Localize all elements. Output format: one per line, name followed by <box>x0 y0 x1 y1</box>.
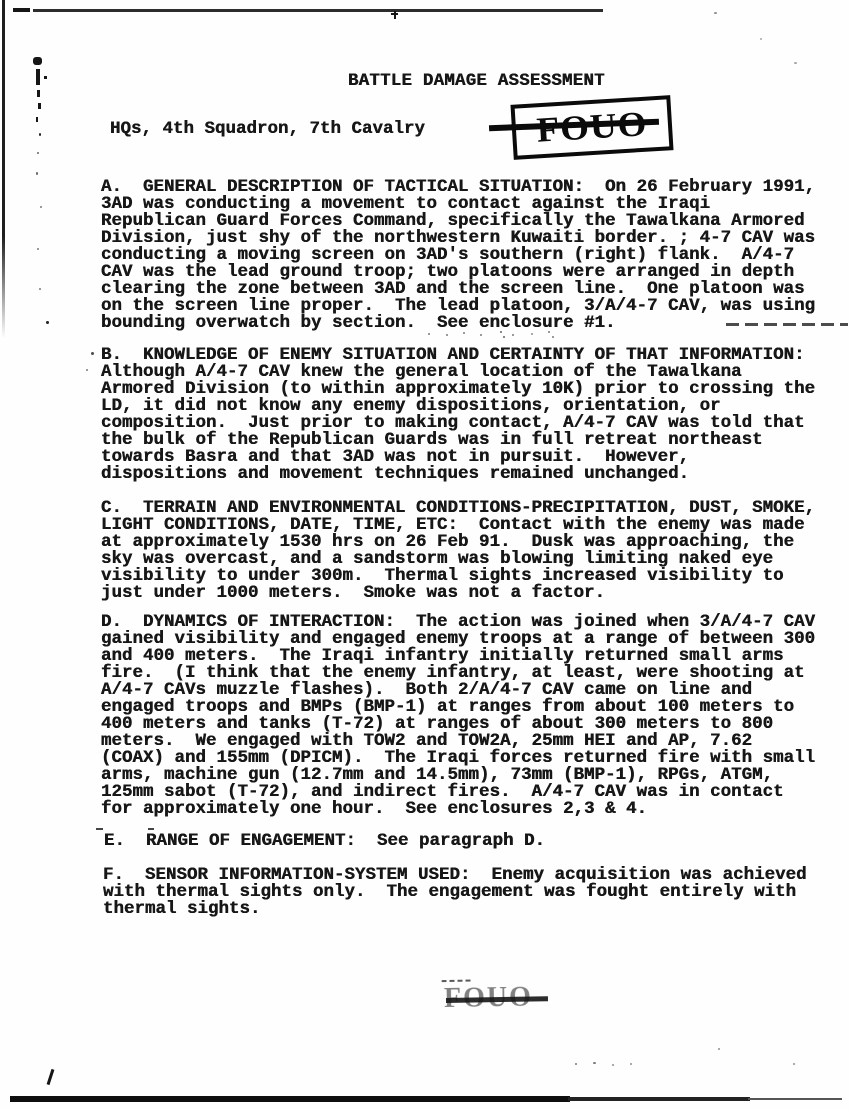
scan-speck <box>718 1048 720 1050</box>
scan-speck <box>39 133 41 136</box>
scan-speck <box>548 331 550 333</box>
fouo-footer-stamp: FOUO <box>444 981 565 1019</box>
scan-artifact-backslash <box>47 1069 55 1085</box>
scan-speck <box>446 334 448 336</box>
scan-speck <box>794 62 797 64</box>
scan-speck <box>760 38 762 40</box>
scan-artifact-tick-bar <box>391 13 398 15</box>
scan-speck <box>531 333 533 335</box>
scan-speck <box>40 206 42 208</box>
scan-speck <box>91 352 94 355</box>
scan-artifact-top-dash <box>13 8 30 12</box>
scan-speck <box>36 172 38 175</box>
paragraph-e-range: E. RANGE OF ENGAGEMENT: See paragraph D. <box>104 833 545 850</box>
scan-artifact-bottom-line <box>748 1098 842 1100</box>
paragraph-a-general-description: A. GENERAL DESCRIPTION OF TACTICAL SITUA… <box>101 179 815 332</box>
scan-artifact-left-line <box>2 0 5 338</box>
scan-speck <box>86 369 88 371</box>
scan-speck <box>39 288 41 290</box>
scan-artifact-binding-mark <box>36 69 40 85</box>
scan-speck <box>46 321 49 324</box>
scan-speck <box>512 334 514 336</box>
scan-speck <box>463 332 465 334</box>
scan-artifact-binding-mark <box>44 76 47 79</box>
scan-speck <box>37 248 39 250</box>
unit-heading: HQs, 4th Squadron, 7th Cavalry <box>110 121 425 138</box>
scan-speck <box>793 1063 795 1065</box>
scan-speck <box>37 152 39 154</box>
scan-speck <box>428 333 430 335</box>
scan-speck <box>612 1064 614 1066</box>
scan-artifact-dashed-line <box>726 323 848 326</box>
scan-artifact-top-line <box>33 9 603 12</box>
scan-speck <box>593 1062 596 1064</box>
scan-artifact-bottom-line <box>10 1096 570 1102</box>
paragraph-d-dynamics: D. DYNAMICS OF INTERACTION: The action w… <box>101 614 815 818</box>
scan-artifact-binding-mark <box>38 103 41 109</box>
scan-artifact-binding-mark <box>33 57 42 65</box>
scan-speck <box>480 334 482 336</box>
paragraph-c-terrain-conditions: C. TERRAIN AND ENVIRONMENTAL CONDITIONS-… <box>101 500 815 602</box>
scan-speck <box>630 1063 632 1065</box>
scan-artifact-bottom-line <box>568 1097 750 1101</box>
document-title: BATTLE DAMAGE ASSESSMENT <box>348 73 605 90</box>
scan-artifact-overbar <box>148 828 154 830</box>
paragraph-b-enemy-knowledge: B. KNOWLEDGE OF ENEMY SITUATION AND CERT… <box>101 347 815 483</box>
scan-speck <box>552 336 554 338</box>
scan-artifact-overbar <box>96 828 103 830</box>
scan-speck <box>503 336 505 338</box>
scanned-document-page: BATTLE DAMAGE ASSESSMENT HQs, 4th Squadr… <box>0 0 850 1110</box>
scan-artifact-binding-mark <box>37 90 40 97</box>
scan-speck <box>714 12 717 14</box>
scan-artifact-binding-mark <box>36 117 38 122</box>
paragraph-f-sensor: F. SENSOR INFORMATION-SYSTEM USED: Enemy… <box>103 867 807 918</box>
scan-speck <box>500 331 502 333</box>
scan-speck <box>575 1063 577 1065</box>
